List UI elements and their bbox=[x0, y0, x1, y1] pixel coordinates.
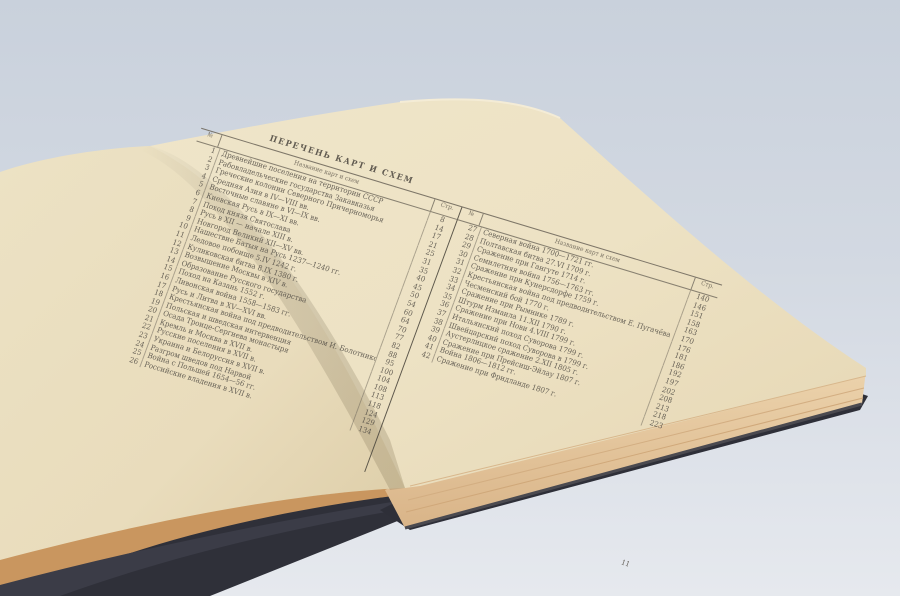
photo-scene: ПЕРЕЧЕНЬ КАРТ И СХЕМ № Название карт и с… bbox=[0, 0, 900, 596]
